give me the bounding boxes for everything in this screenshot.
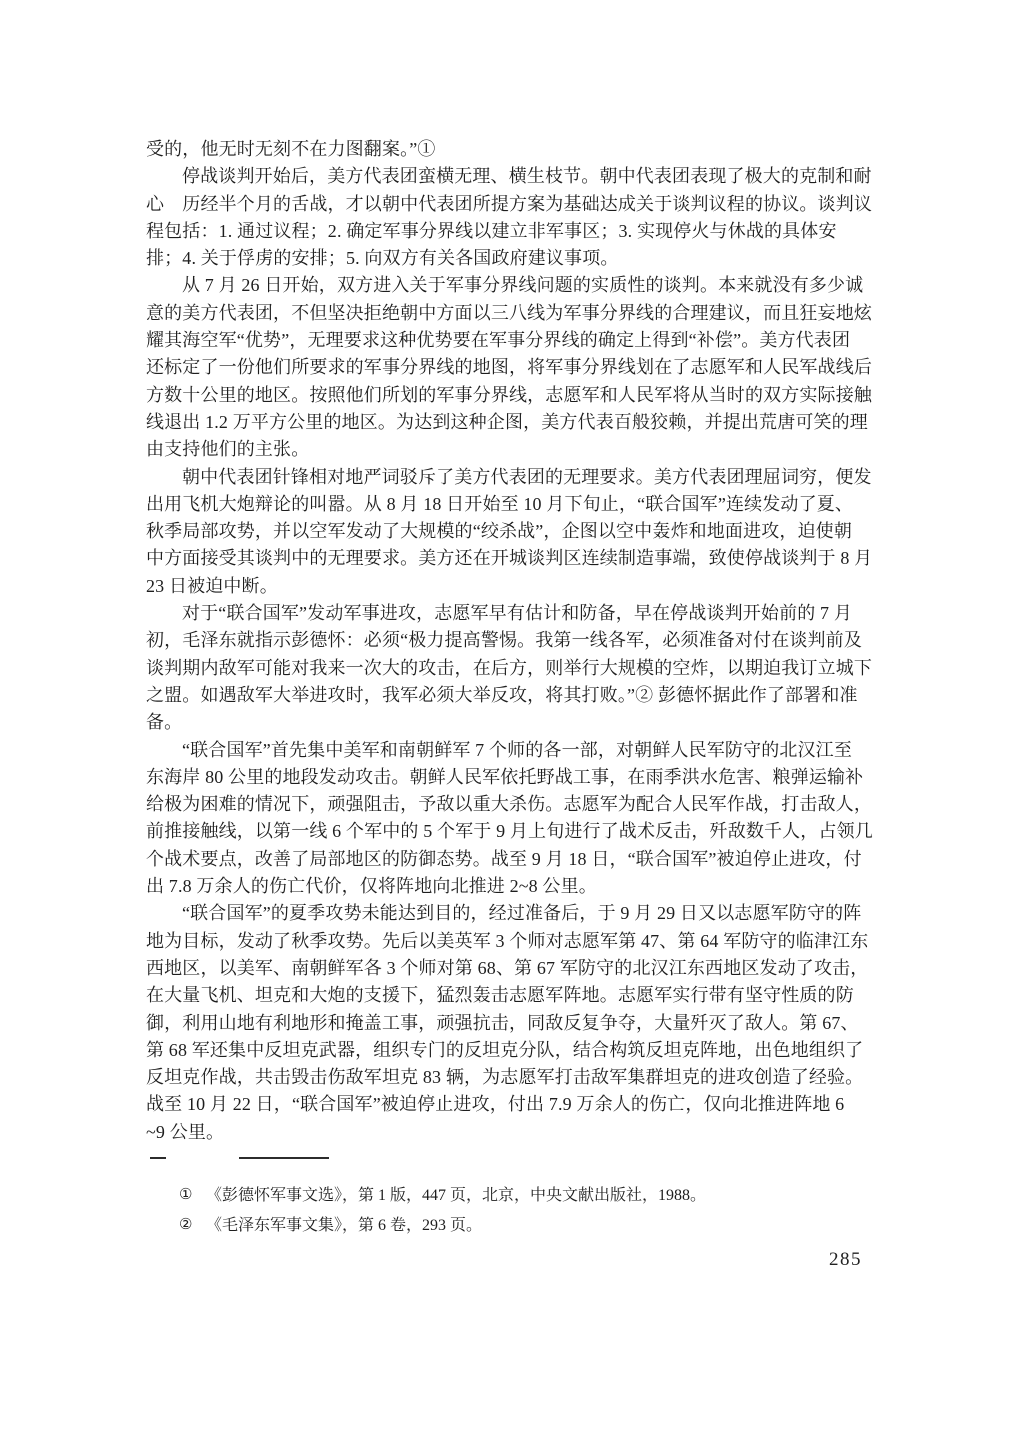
- body-line: 排；4. 关于俘虏的安排；5. 向双方有关各国政府建议事项。: [146, 245, 878, 272]
- body-line: 个战术要点，改善了局部地区的防御态势。战至 9 月 18 日，“联合国军”被迫停…: [146, 846, 878, 873]
- body-line: 御，利用山地有利地形和掩盖工事，顽强抗击，同敌反复争夺，大量歼灭了敌人。第 67…: [146, 1010, 878, 1037]
- body-line: 初，毛泽东就指示彭德怀：必须“极力提高警惕。我第一线各军，必须准备对付在谈判前及: [146, 627, 878, 654]
- footnotes: ①《彭德怀军事文选》，第 1 版，447 页，北京，中央文献出版社，1988。②…: [179, 1181, 706, 1240]
- body-line: 秋季局部攻势，并以空军发动了大规模的“绞杀战”，企图以空中轰炸和地面进攻，迫使朝: [146, 518, 878, 545]
- footnote: ①《彭德怀军事文选》，第 1 版，447 页，北京，中央文献出版社，1988。: [179, 1181, 706, 1211]
- body-line: 在大量飞机、坦克和大炮的支援下，猛烈轰击志愿军阵地。志愿军实行带有坚守性质的防: [146, 982, 878, 1009]
- body-line: 心 历经半个月的舌战，才以朝中代表团所提方案为基础达成关于谈判议程的协议。谈判议: [146, 191, 878, 218]
- body-line: 方数十公里的地区。按照他们所划的军事分界线，志愿军和人民军将从当时的双方实际接触: [146, 382, 878, 409]
- body-line: 第 68 军还集中反坦克武器，组织专门的反坦克分队，结合构筑反坦克阵地，出色地组…: [146, 1037, 878, 1064]
- body-line: 出 7.8 万余人的伤亡代价，仅将阵地向北推进 2~8 公里。: [146, 873, 878, 900]
- footnote-marker: ②: [179, 1211, 197, 1241]
- body-line: 地为目标，发动了秋季攻势。先后以美英军 3 个师对志愿军第 47、第 64 军防…: [146, 928, 878, 955]
- body-line: 中方面接受其谈判中的无理要求。美方还在开城谈判区连续制造事端，致使停战谈判于 8…: [146, 545, 878, 572]
- body-line: 23 日被迫中断。: [146, 573, 878, 600]
- body-line: 耀其海空军“优势”，无理要求这种优势要在军事分界线的确定上得到“补偿”。美方代表…: [146, 327, 878, 354]
- footnote-text: 《彭德怀军事文选》，第 1 版，447 页，北京，中央文献出版社，1988。: [206, 1181, 706, 1211]
- body-line: 意的美方代表团，不但坚决拒绝朝中方面以三八线为军事分界线的合理建议，而且狂妄地炫: [146, 300, 878, 327]
- body-line: ~9 公里。: [146, 1119, 878, 1146]
- body-line: 对于“联合国军”发动军事进攻，志愿军早有估计和防备，早在停战谈判开始前的 7 月: [146, 600, 878, 627]
- body-line: 谈判期内敌军可能对我来一次大的攻击，在后方，则举行大规模的空炸，以期迫我订立城下: [146, 655, 878, 682]
- body-line: 前推接触线，以第一线 6 个军中的 5 个军于 9 月上旬进行了战术反击，歼敌数…: [146, 818, 878, 845]
- book-page: 受的，他无时无刻不在力图翻案。”①停战谈判开始后，美方代表团蛮横无理、横生枝节。…: [0, 0, 1012, 1436]
- footnote-separator-dash: [150, 1157, 166, 1159]
- footnote: ②《毛泽东军事文集》，第 6 卷，293 页。: [179, 1211, 706, 1241]
- body-line: 还标定了一份他们所要求的军事分界线的地图，将军事分界线划在了志愿军和人民军战线后: [146, 354, 878, 381]
- body-line: 之盟。如遇敌军大举进攻时，我军必须大举反攻，将其打败。”② 彭德怀据此作了部署和…: [146, 682, 878, 709]
- body-line: 程包括：1. 通过议程；2. 确定军事分界线以建立非军事区；3. 实现停火与休战…: [146, 218, 878, 245]
- body-line: 受的，他无时无刻不在力图翻案。”①: [146, 136, 878, 163]
- body-line: 出用飞机大炮辩论的叫嚣。从 8 月 18 日开始至 10 月下旬止，“联合国军”…: [146, 491, 878, 518]
- body-line: “联合国军”的夏季攻势未能达到目的，经过准备后，于 9 月 29 日又以志愿军防…: [146, 900, 878, 927]
- body-line: 朝中代表团针锋相对地严词驳斥了美方代表团的无理要求。美方代表团理屈词穷，便发: [146, 464, 878, 491]
- body-line: 由支持他们的主张。: [146, 436, 878, 463]
- footnote-separator-line: [239, 1157, 329, 1159]
- body-line: 东海岸 80 公里的地段发动攻击。朝鲜人民军依托野战工事，在雨季洪水危害、粮弹运…: [146, 764, 878, 791]
- body-line: 西地区，以美军、南朝鲜军各 3 个师对第 68、第 67 军防守的北汉江东西地区…: [146, 955, 878, 982]
- page-number: 285: [829, 1249, 862, 1271]
- body-text: 受的，他无时无刻不在力图翻案。”①停战谈判开始后，美方代表团蛮横无理、横生枝节。…: [146, 136, 878, 1146]
- body-line: 停战谈判开始后，美方代表团蛮横无理、横生枝节。朝中代表团表现了极大的克制和耐: [146, 163, 878, 190]
- body-line: 给极为困难的情况下，顽强阻击，予敌以重大杀伤。志愿军为配合人民军作战，打击敌人，: [146, 791, 878, 818]
- footnote-text: 《毛泽东军事文集》，第 6 卷，293 页。: [206, 1211, 482, 1241]
- body-line: 线退出 1.2 万平方公里的地区。为达到这种企图，美方代表百般狡赖，并提出荒唐可…: [146, 409, 878, 436]
- body-line: 反坦克作战，共击毁击伤敌军坦克 83 辆，为志愿军打击敌军集群坦克的进攻创造了经…: [146, 1064, 878, 1091]
- body-line: 备。: [146, 709, 878, 736]
- body-line: 从 7 月 26 日开始，双方进入关于军事分界线问题的实质性的谈判。本来就没有多…: [146, 272, 878, 299]
- footnote-marker: ①: [179, 1181, 197, 1211]
- body-line: “联合国军”首先集中美军和南朝鲜军 7 个师的各一部，对朝鲜人民军防守的北汉江至: [146, 737, 878, 764]
- body-line: 战至 10 月 22 日，“联合国军”被迫停止进攻，付出 7.9 万余人的伤亡，…: [146, 1091, 878, 1118]
